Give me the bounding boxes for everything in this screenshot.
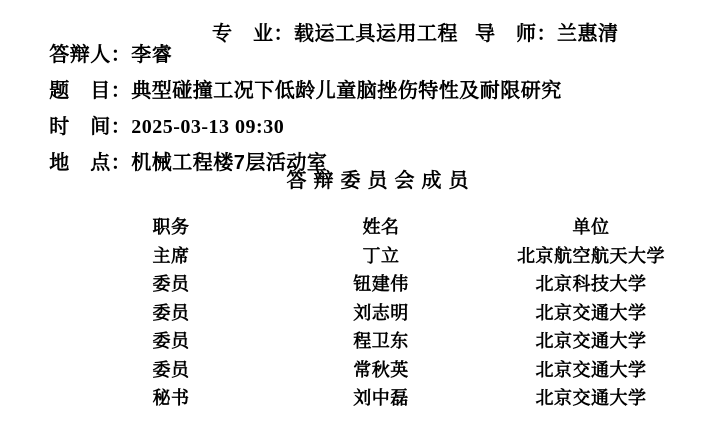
header-row: 职务 姓名 单位 [66,212,696,241]
committee-table-header: 职务 姓名 单位 [66,212,696,241]
member-name: 程卫东 [276,326,486,355]
member-role: 委员 [66,298,276,327]
defense-announcement-page: 答辩人：李睿 专 业：载运工具运用工程 导 师：兰惠清 题 目：典型碰撞工况下低… [0,0,708,426]
advisor-label: 导 师： [475,23,557,45]
member-organization: 北京航空航天大学 [486,241,696,270]
table-row: 秘书 刘中磊 北京交通大学 [66,383,696,412]
table-row: 主席 丁立 北京航空航天大学 [66,241,696,270]
column-header-organization: 单位 [486,212,696,241]
column-header-name: 姓名 [276,212,486,241]
advisor-segment: 导 师：兰惠清 [475,24,619,45]
member-organization: 北京交通大学 [486,298,696,327]
committee-heading: 答辩委员会成员 [66,171,696,192]
member-name: 丁立 [276,241,486,270]
advisor-name: 兰惠清 [557,23,619,45]
table-row: 委员 程卫东 北京交通大学 [66,326,696,355]
member-role: 委员 [66,326,276,355]
member-name: 刘志明 [276,298,486,327]
member-organization: 北京交通大学 [486,383,696,412]
member-role: 主席 [66,241,276,270]
member-name: 常秋英 [276,355,486,384]
major-value: 载运工具运用工程 [294,23,458,45]
member-name: 钮建伟 [276,269,486,298]
member-organization: 北京交通大学 [486,326,696,355]
committee-table: 职务 姓名 单位 主席 丁立 北京航空航天大学 委员 钮建伟 北京科技大学 委员… [66,212,696,412]
table-row: 委员 常秋英 北京交通大学 [66,355,696,384]
member-organization: 北京交通大学 [486,355,696,384]
member-organization: 北京科技大学 [486,269,696,298]
member-role: 秘书 [66,383,276,412]
major-label: 专 业： [212,23,294,45]
member-role: 委员 [66,269,276,298]
member-role: 委员 [66,355,276,384]
table-row: 委员 钮建伟 北京科技大学 [66,269,696,298]
major-segment: 专 业：载运工具运用工程 [212,24,458,45]
committee-table-body: 主席 丁立 北京航空航天大学 委员 钮建伟 北京科技大学 委员 刘志明 北京交通… [66,241,696,412]
table-row: 委员 刘志明 北京交通大学 [66,298,696,327]
member-name: 刘中磊 [276,383,486,412]
column-header-role: 职务 [66,212,276,241]
